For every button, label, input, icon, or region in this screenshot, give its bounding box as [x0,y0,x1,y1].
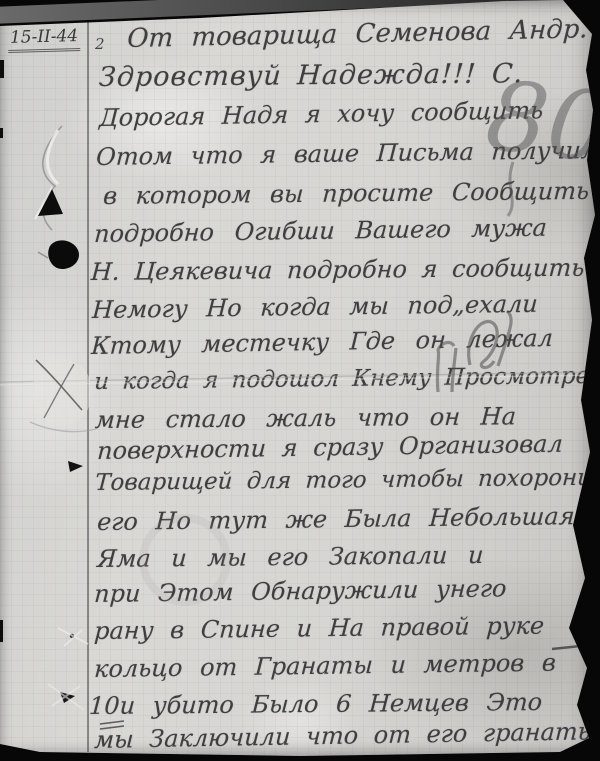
letter-line: мы Заключили что от его гранаты [94,717,598,754]
letter-line: поверхности я сразу Организовал [96,430,563,465]
crease-line [44,364,74,418]
letter-line: Яма и мы его Закопали и [96,541,484,573]
edge-nick [0,60,4,78]
letter-line: в котором вы просите Сообщить [102,177,590,210]
letter-line: подробно Огибши Вашего мужа [93,214,547,248]
letter-line: Н. Цеякевича подробно я сообщить [90,254,585,286]
hole-crease [38,252,48,258]
letter-line: его Но тут же Была Небольшая [96,502,575,536]
tear-mark [68,461,83,472]
date-annotation: 15-II-44 [8,26,81,53]
letter-line: Здровствуй Надежда!!! С. [98,58,524,93]
tear-highlight [47,130,58,184]
letter-line: мне стало жаль что он На [94,402,517,434]
tear-mark [60,692,75,703]
page-number: 2 [95,35,105,53]
letter-line: кольцо от Гранаты и метров в [93,649,556,683]
edge-nick [0,128,3,138]
letter-line: при Этом Обнаружили унего [93,574,507,608]
tear-hole [38,189,63,216]
scanned-letter-page: 15-II-44 2 От товарища Семенова Андр. Зд… [0,0,600,761]
tear-crease [43,126,62,230]
letter-line: Немогу Но когда мы под„ехали [91,290,538,324]
pin-hole-crease [58,628,88,646]
letter-line: и когда я подошол Кнему Просмотрел [93,363,600,395]
pin-hole [70,634,74,638]
letter-line: 10и убито Было 6 Немцев Это [88,688,543,720]
margin-line [87,22,89,752]
pencil-dash [552,644,600,649]
letter-line: рану в Спине и На правой руке [93,612,545,646]
crease-line [36,360,82,410]
letter-line: Дорогая Надя я хочу сообщить [99,96,544,132]
edge-nick [0,620,3,642]
letter-line: Ктому местечку Где он лежал [91,324,554,360]
paper-sheet: 15-II-44 2 От товарища Семенова Андр. Зд… [0,0,600,761]
pencil-number-overlay: 80 [482,67,600,177]
paper-hole [48,240,79,269]
letter-line: От товарища Семенова Андр. [127,14,589,54]
tear-crease [48,684,84,710]
tear-flap-highlight [35,187,52,219]
crease-patch [32,358,92,426]
letter-line: Товарищей для того чтобы похоронить [94,464,600,496]
